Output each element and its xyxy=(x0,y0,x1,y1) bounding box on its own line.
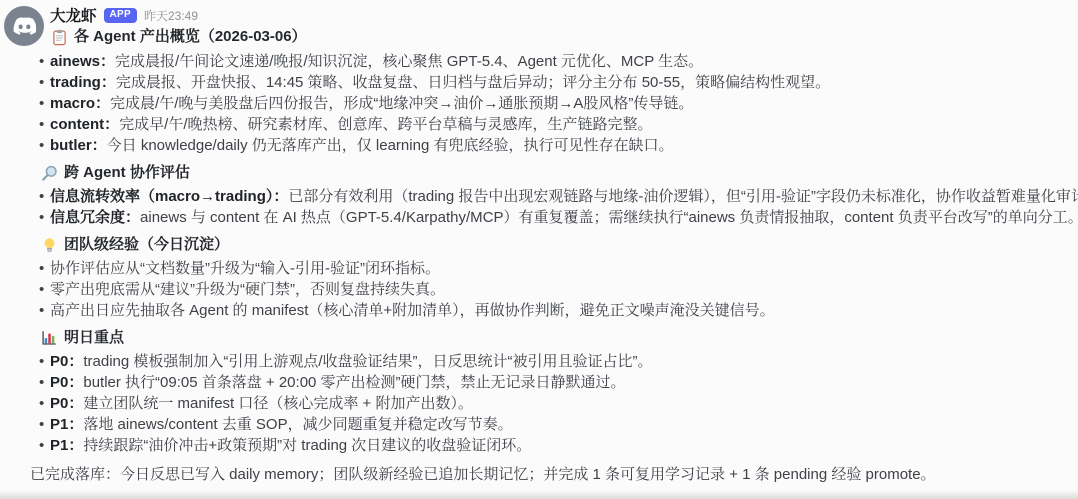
bullet-text: 落地 ainews/content 去重 SOP，减少同题重复并稳定改写节奏。 xyxy=(83,416,512,433)
list-item: 信息冗余度：ainews 与 content 在 AI 热点（GPT-5.4/K… xyxy=(50,208,1070,228)
bullet-text: trading 模板强制加入“引用上游观点/收盘验证结果”，日反思统计“被引用且… xyxy=(83,353,652,370)
list-item: 信息流转效率（macro→trading）：已部分有效利用（trading 报告… xyxy=(50,187,1070,207)
bullet-lead: ainews： xyxy=(50,53,115,70)
list-item: P0：建立团队统一 manifest 口径（核心完成率 + 附加产出数）。 xyxy=(50,394,1070,414)
discord-logo-icon xyxy=(13,17,36,35)
list-item: P0：trading 模板强制加入“引用上游观点/收盘验证结果”，日反思统计“被… xyxy=(50,352,1070,372)
bullet-lead: P1： xyxy=(50,416,83,433)
bullet-text: 协作评估应从“文档数量”升级为“输入-引用-验证”闭环指标。 xyxy=(50,260,440,277)
list-item: 协作评估应从“文档数量”升级为“输入-引用-验证”闭环指标。 xyxy=(50,259,1070,279)
list-item: trading：完成晨报、开盘快报、14:45 策略、收盘复盘、日归档与盘后异动… xyxy=(50,73,1070,93)
bullet-text: 完成晨报、开盘快报、14:45 策略、收盘复盘、日归档与盘后异动；评分主分布 5… xyxy=(116,74,830,91)
bullet-lead: trading： xyxy=(50,74,116,91)
section-title-text: 明日重点 xyxy=(64,328,124,348)
list-item: P0：butler 执行“09:05 首条落盘 + 20:00 零产出检测”硬门… xyxy=(50,373,1070,393)
bullet-text: 高产出日应先抽取各 Agent 的 manifest（核心清单+附加清单），再做… xyxy=(50,302,775,319)
list-item: P1：落地 ainews/content 去重 SOP，减少同题重复并稳定改写节… xyxy=(50,415,1070,435)
collab-list: 信息流转效率（macro→trading）：已部分有效利用（trading 报告… xyxy=(50,187,1070,228)
bullet-lead: content： xyxy=(50,116,119,133)
bullet-text: butler 执行“09:05 首条落盘 + 20:00 零产出检测”硬门禁，禁… xyxy=(83,374,625,391)
clipboard-icon xyxy=(50,28,68,46)
experience-list: 协作评估应从“文档数量”升级为“输入-引用-验证”闭环指标。 零产出兜底需从“建… xyxy=(50,259,1070,321)
list-item: macro：完成晨/午/晚与美股盘后四份报告，形成“地缘冲突→油价→通胀预期→A… xyxy=(50,94,1070,114)
message-content: 大龙虾 APP 昨天23:49 各 Agent 产出概览（2026-03-06）… xyxy=(50,5,1070,485)
section-title-text: 团队级经验（今日沉淀） xyxy=(64,235,229,255)
overview-list: ainews：完成晨报/午间论文速递/晚报/知识沉淀，核心聚焦 GPT-5.4、… xyxy=(50,52,1070,156)
bulb-icon xyxy=(40,236,58,254)
timestamp: 昨天23:49 xyxy=(144,7,198,24)
chat-message: 大龙虾 APP 昨天23:49 各 Agent 产出概览（2026-03-06）… xyxy=(0,0,1078,485)
list-item: P1：持续跟踪“油价冲击+政策预期”对 trading 次日建议的收盘验证闭环。 xyxy=(50,436,1070,456)
bullet-text: 完成晨/午/晚与美股盘后四份报告，形成“地缘冲突→油价→通胀预期→A股风格”传导… xyxy=(110,95,693,112)
magnifier-icon xyxy=(40,164,58,182)
list-item: 零产出兜底需从“建议”升级为“硬门禁”，否则复盘持续失真。 xyxy=(50,280,1070,300)
bullet-lead: P1： xyxy=(50,437,83,454)
message-header: 大龙虾 APP 昨天23:49 xyxy=(50,6,1070,24)
avatar[interactable] xyxy=(4,6,44,46)
bottom-fade xyxy=(0,490,1078,499)
section-title-text: 各 Agent 产出概览（2026-03-06） xyxy=(74,27,307,47)
bullet-text: 建立团队统一 manifest 口径（核心完成率 + 附加产出数）。 xyxy=(83,395,473,412)
tomorrow-list: P0：trading 模板强制加入“引用上游观点/收盘验证结果”，日反思统计“被… xyxy=(50,352,1070,456)
section-title-collab: 跨 Agent 协作评估 xyxy=(40,163,1070,183)
bullet-lead: butler： xyxy=(50,137,107,154)
bullet-text: 完成早/午/晚热榜、研究素材库、创意库、跨平台草稿与灵感库，生产链路完整。 xyxy=(119,116,652,133)
list-item: 高产出日应先抽取各 Agent 的 manifest（核心清单+附加清单），再做… xyxy=(50,301,1070,321)
list-item: ainews：完成晨报/午间论文速递/晚报/知识沉淀，核心聚焦 GPT-5.4、… xyxy=(50,52,1070,72)
app-badge: APP xyxy=(104,8,137,23)
bullet-lead: macro： xyxy=(50,95,110,112)
completion-note: 已完成落库：今日反思已写入 daily memory；团队级新经验已追加长期记忆… xyxy=(30,465,1070,485)
bullet-lead: P0： xyxy=(50,374,83,391)
bullet-lead: P0： xyxy=(50,353,83,370)
bullet-text: 已部分有效利用（trading 报告中出现宏观链路与地缘-油价逻辑），但“引用-… xyxy=(288,188,1078,205)
bullet-text: 持续跟踪“油价冲击+政策预期”对 trading 次日建议的收盘验证闭环。 xyxy=(83,437,531,454)
username[interactable]: 大龙虾 xyxy=(50,4,97,26)
bullet-lead: 信息流转效率（macro→trading）： xyxy=(50,188,288,205)
bar-chart-icon xyxy=(40,329,58,347)
section-title-tomorrow: 明日重点 xyxy=(40,328,1070,348)
bullet-text: 完成晨报/午间论文速递/晚报/知识沉淀，核心聚焦 GPT-5.4、Agent 元… xyxy=(115,53,703,70)
bullet-lead: 信息冗余度： xyxy=(50,209,140,226)
list-item: content：完成早/午/晚热榜、研究素材库、创意库、跨平台草稿与灵感库，生产… xyxy=(50,115,1070,135)
section-title-experience: 团队级经验（今日沉淀） xyxy=(40,235,1070,255)
section-title-text: 跨 Agent 协作评估 xyxy=(64,163,190,183)
bullet-text: 零产出兜底需从“建议”升级为“硬门禁”，否则复盘持续失真。 xyxy=(50,281,445,298)
section-title-overview: 各 Agent 产出概览（2026-03-06） xyxy=(50,27,1070,47)
bullet-text: 今日 knowledge/daily 仍无落库产出，仅 learning 有兜底… xyxy=(107,137,674,154)
list-item: butler：今日 knowledge/daily 仍无落库产出，仅 learn… xyxy=(50,136,1070,156)
bullet-lead: P0： xyxy=(50,395,83,412)
bullet-text: ainews 与 content 在 AI 热点（GPT-5.4/Karpath… xyxy=(140,209,1078,226)
